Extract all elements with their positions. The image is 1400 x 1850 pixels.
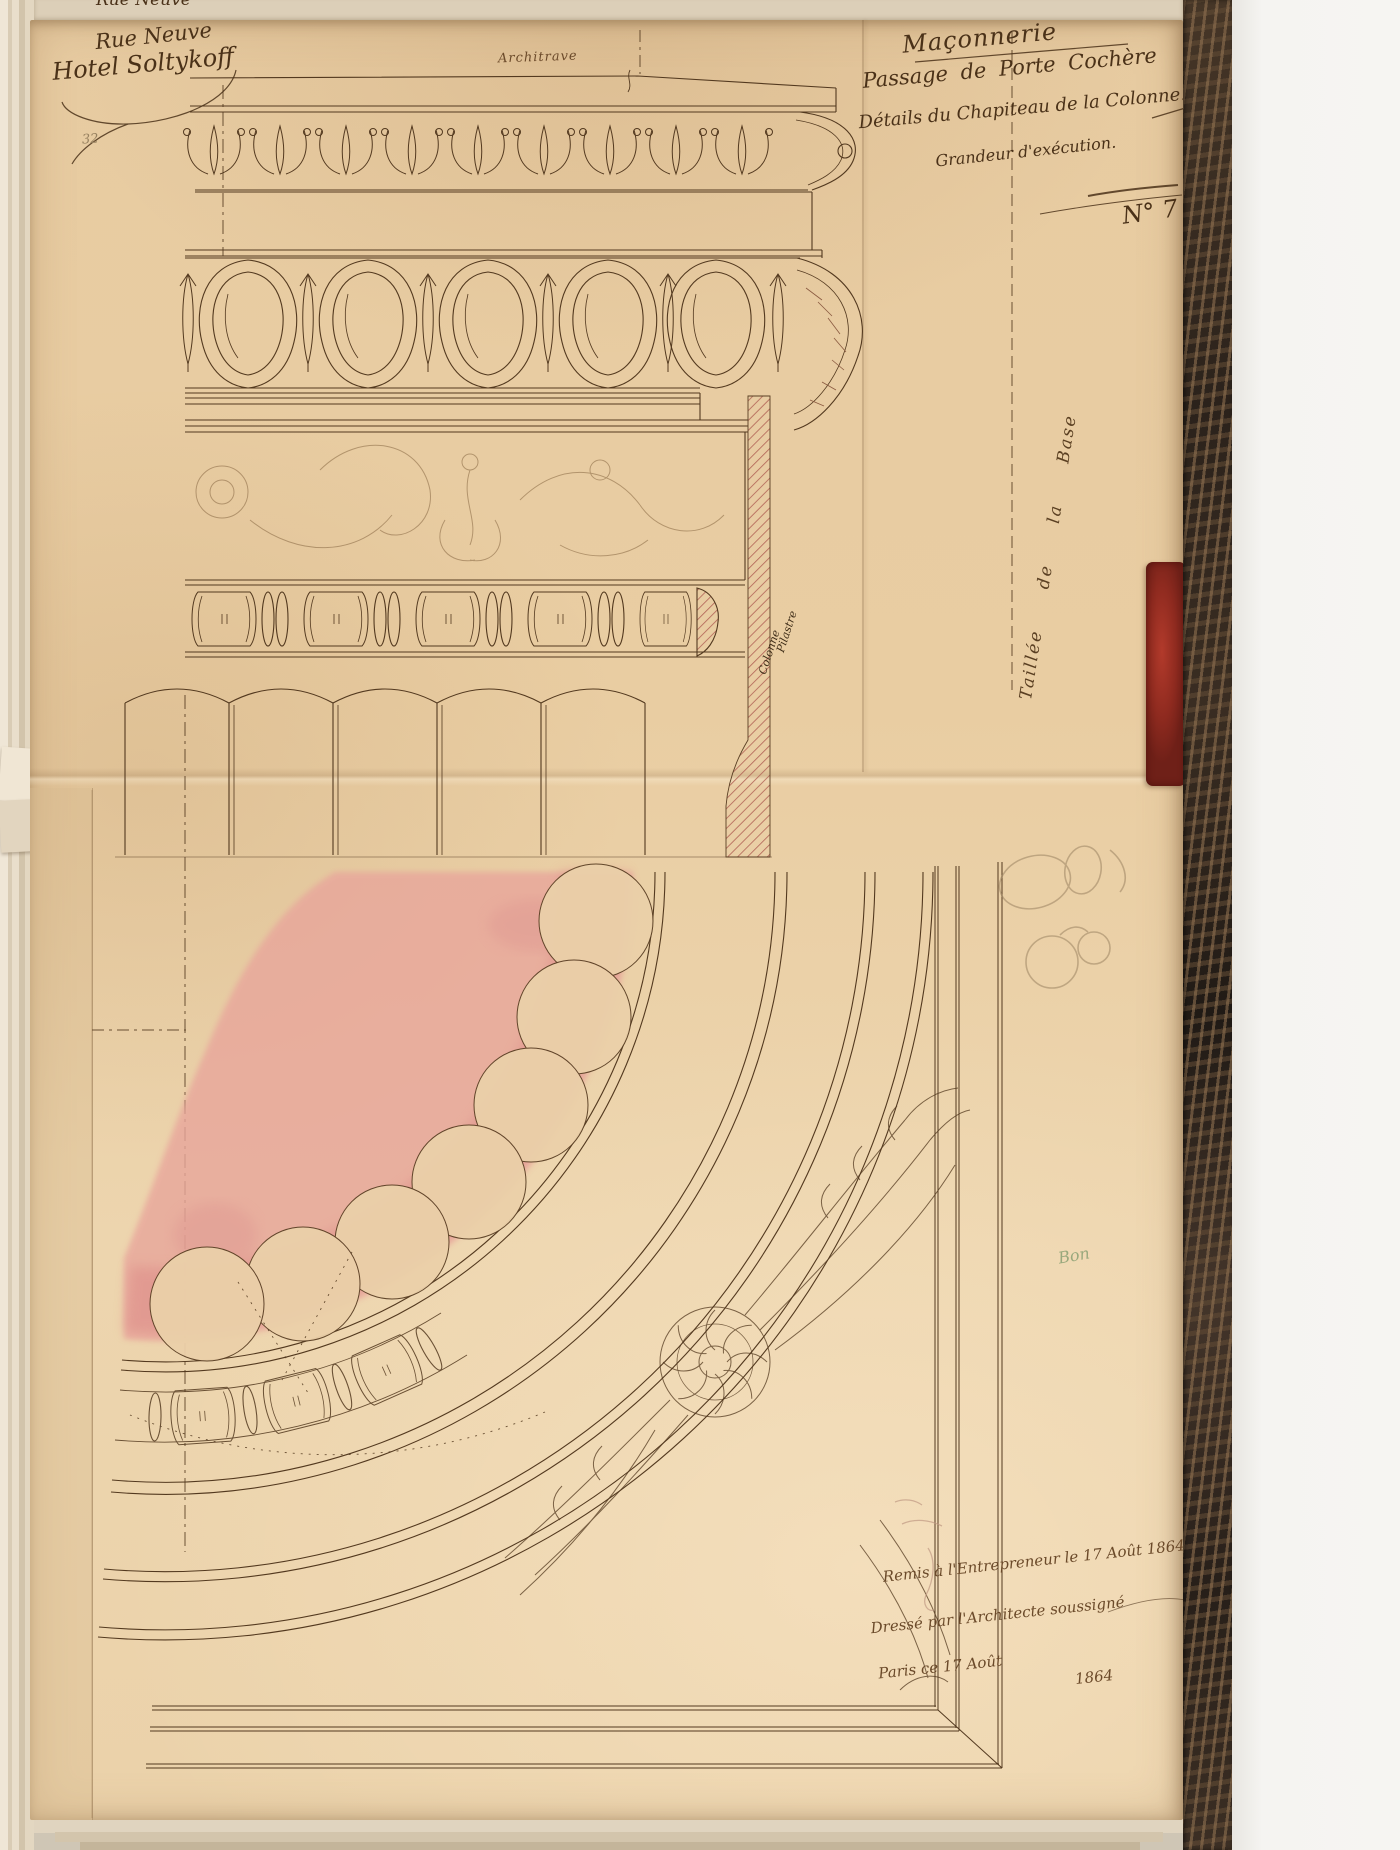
architrave-label: Architrave	[498, 49, 578, 67]
pencil-number: 32	[81, 131, 99, 147]
frieze-scrollwork	[196, 445, 724, 560]
scanned-drawing-page: Rue Neuve	[0, 0, 1400, 1850]
column-flutes	[115, 689, 772, 857]
corner-acanthus-ornament	[505, 1088, 970, 1690]
red-binding-cloth	[1146, 562, 1186, 786]
section-hatch-strip	[726, 396, 770, 857]
capital-plan-drawing	[98, 862, 1002, 1768]
bead-and-reel-band	[185, 580, 745, 657]
leaf-band	[184, 112, 856, 190]
album-cover-edge	[1183, 0, 1232, 1850]
pencil-doodles	[993, 843, 1125, 988]
abacus-band	[185, 192, 822, 258]
architrave-mouldings	[190, 70, 836, 112]
fillet-mouldings	[185, 393, 748, 432]
